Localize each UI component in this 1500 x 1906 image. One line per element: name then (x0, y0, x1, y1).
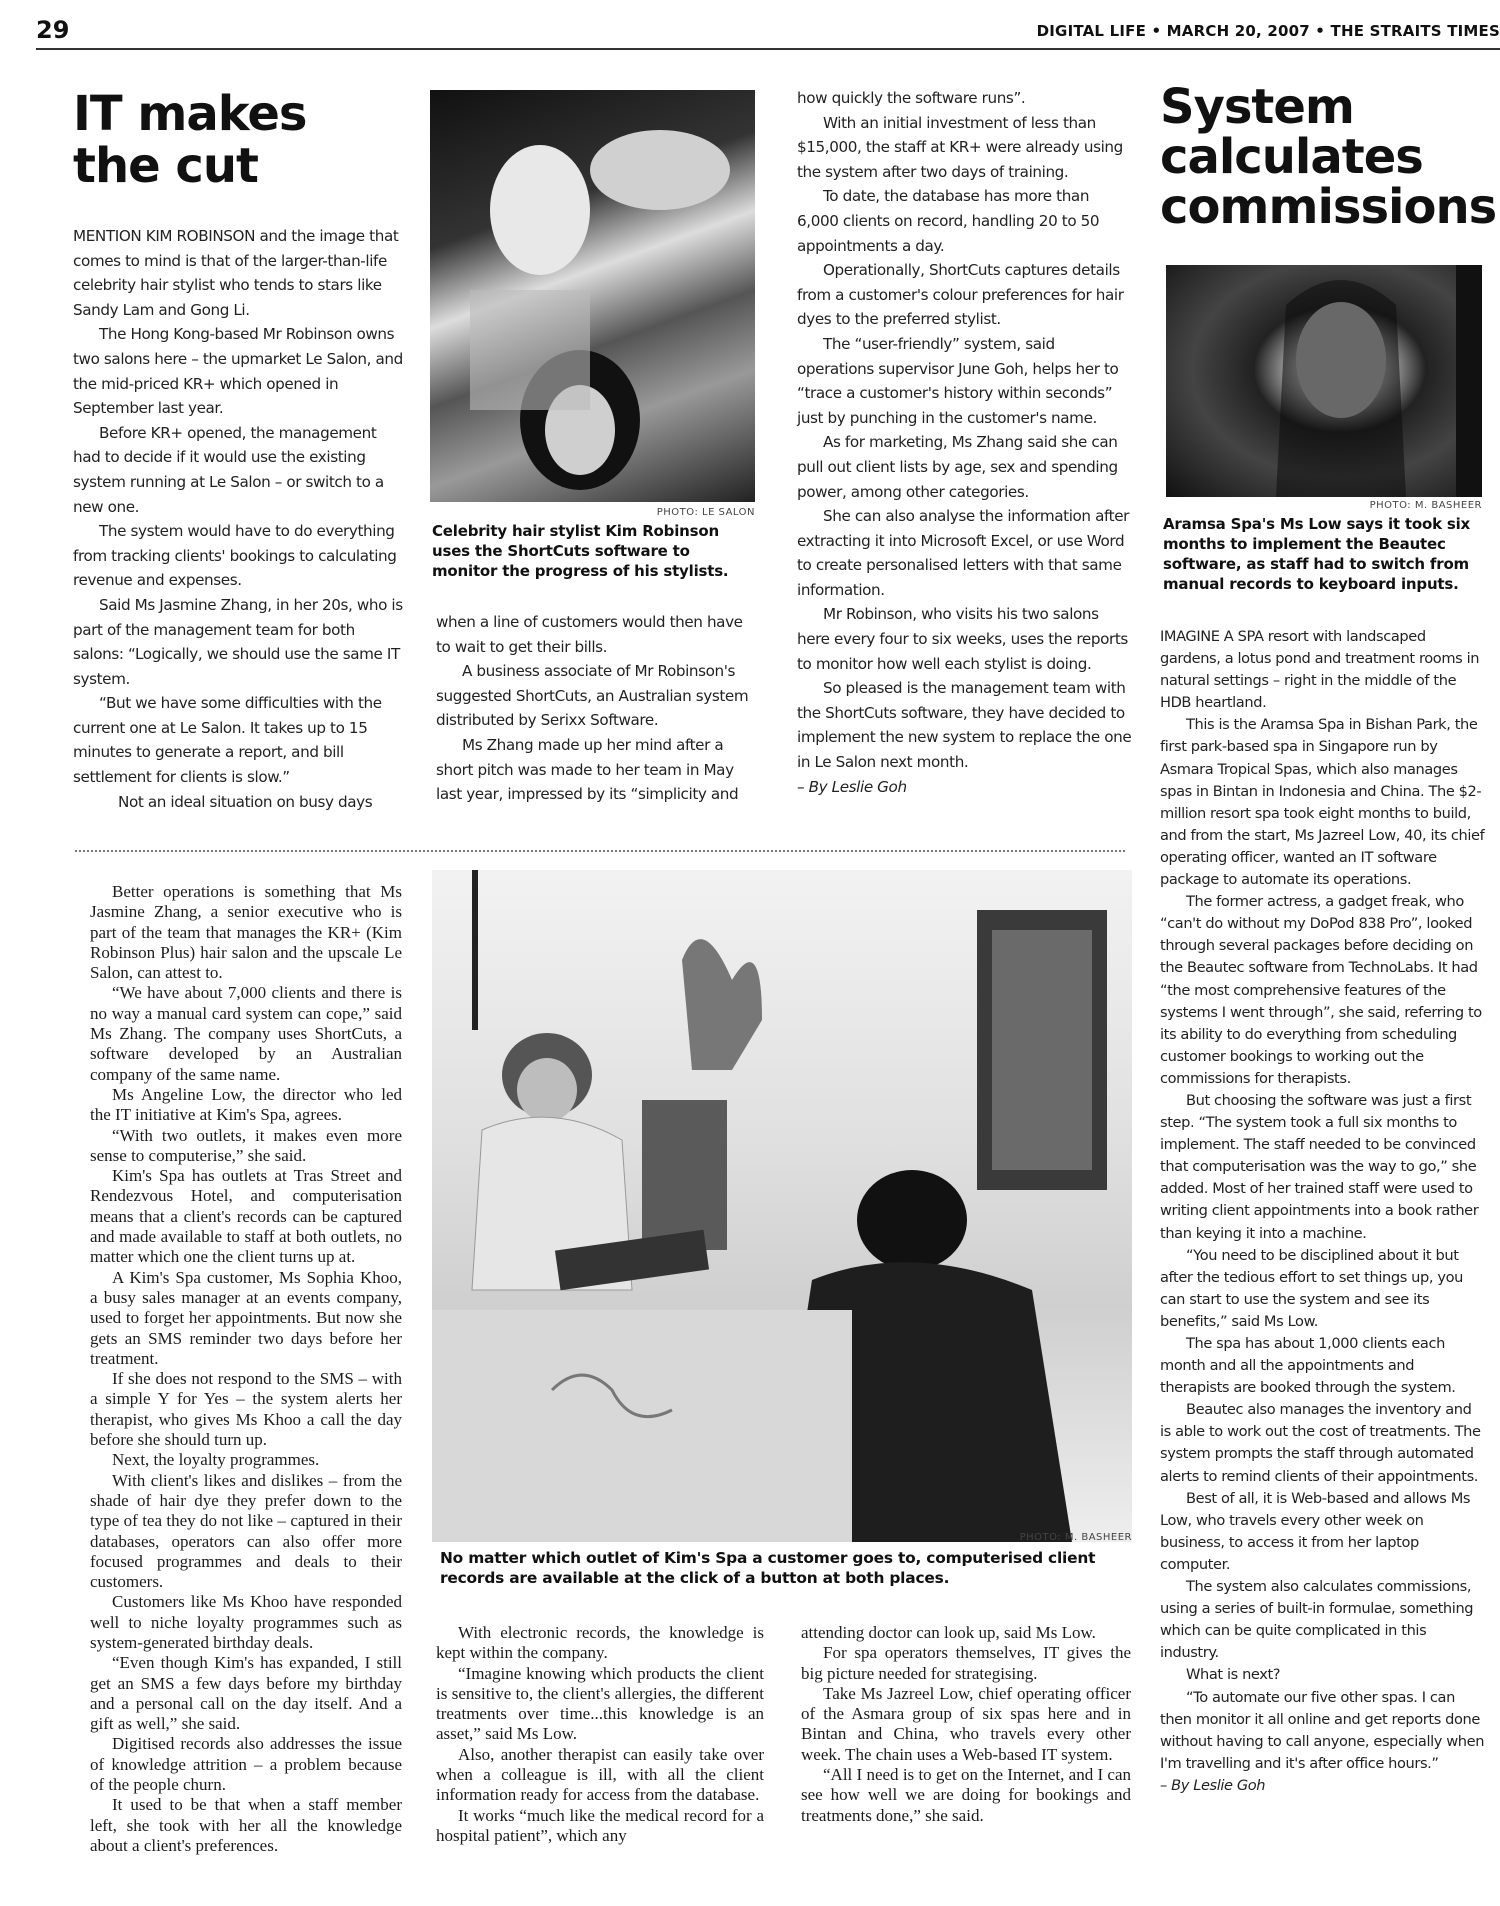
photo-credit: PHOTO: M. BASHEER (432, 1532, 1132, 1543)
story2-paragraph: Beautec also manages the inventory and i… (1160, 1399, 1485, 1487)
story3-paragraph: Better operations is something that Ms J… (90, 882, 402, 983)
photo-illustration-icon (430, 90, 755, 502)
story3-paragraph: “With two outlets, it makes even more se… (90, 1126, 402, 1167)
story3-paragraph: “All I need is to get on the Internet, a… (801, 1765, 1131, 1826)
story3-paragraph: It used to be that when a staff mem­ber … (90, 1795, 402, 1856)
story3-paragraph: With electronic records, the knowl­edge … (436, 1623, 764, 1664)
story1-paragraph: The “user-friendly” system, said operati… (797, 332, 1132, 430)
story2-body: IMAGINE A SPA resort with landscaped gar… (1160, 626, 1485, 1797)
story1-paragraph: Mr Robinson, who visits his two salons h… (797, 602, 1132, 676)
story3-paragraph: For spa operators themselves, IT gives t… (801, 1643, 1131, 1684)
story1-paragraph: So pleased is the management team with t… (797, 676, 1132, 774)
section-divider (75, 850, 1125, 852)
story1-paragraph: Said Ms Jasmine Zhang, in her 20s, who i… (73, 593, 403, 691)
photo-ms-low (1166, 265, 1482, 497)
story1-paragraph: To date, the database has more than 6,00… (797, 184, 1132, 258)
story1-paragraph: Ms Zhang made up her mind after a short … (436, 733, 758, 807)
story2-paragraph: Best of all, it is Web-based and allows … (1160, 1488, 1485, 1576)
story2-paragraph: But choosing the software was just a fir… (1160, 1090, 1485, 1245)
story2-byline: – By Leslie Goh (1160, 1775, 1485, 1797)
story1-paragraph: when a line of customers would then have… (436, 610, 758, 659)
story1-paragraph: Operationally, ShortCuts captures detail… (797, 258, 1132, 332)
story1-lead-paragraph: MENTION KIM ROBINSON and the image that … (73, 224, 403, 322)
story1-paragraph: “But we have some difficulties with the … (73, 691, 403, 789)
page-number: 29 (36, 16, 69, 44)
story1-paragraph: Not an ideal situation on busy days (73, 790, 403, 815)
story1-byline: – By Leslie Goh (797, 775, 1132, 800)
story2-paragraph: The spa has about 1,000 clients each mon… (1160, 1333, 1485, 1399)
story2-paragraph: “You need to be disciplined about it but… (1160, 1245, 1485, 1333)
story3-paragraph: “Even though Kim's has expanded, I still… (90, 1653, 402, 1734)
photo-caption: Celebrity hair stylist Kim Robinson uses… (432, 521, 752, 581)
story2-paragraph: What is next? (1160, 1664, 1485, 1686)
header-rule (36, 48, 1500, 50)
photo-credit: PHOTO: LE SALON (430, 507, 755, 518)
story1-paragraph: As for marketing, Ms Zhang said she can … (797, 430, 1132, 504)
story2-paragraph: “To automate our five other spas. I can … (1160, 1687, 1485, 1775)
story3-paragraph: Customers like Ms Khoo have re­sponded w… (90, 1592, 402, 1653)
photo-kim-robinson (430, 90, 755, 502)
story1-paragraph: Before KR+ opened, the management had to… (73, 421, 403, 519)
story1-column-2: when a line of customers would then have… (436, 610, 758, 807)
story2-headline: System calculates commissions (1160, 82, 1490, 232)
story2-paragraph: The former actress, a gadget freak, who … (1160, 891, 1485, 1090)
page-folio: DIGITAL LIFE • MARCH 20, 2007 • THE STRA… (1037, 22, 1500, 40)
story3-paragraph: “Imagine knowing which products the clie… (436, 1664, 764, 1745)
story1-paragraph: A business associate of Mr Robinson's su… (436, 659, 758, 733)
story2-paragraph: The system also calculates commissions, … (1160, 1576, 1485, 1664)
photo-illustration-icon (1166, 265, 1482, 497)
story1-paragraph: She can also analyse the information aft… (797, 504, 1132, 602)
story3-column-2: With electronic records, the knowl­edge … (436, 1623, 764, 1846)
story1-column-3: how quickly the software runs”. With an … (797, 86, 1132, 799)
story3-paragraph: It works “much like the medical record f… (436, 1806, 764, 1847)
story1-paragraph: how quickly the software runs”. (797, 86, 1132, 111)
photo-illustration-icon (432, 870, 1132, 1542)
story3-paragraph: A Kim's Spa customer, Ms Sophia Khoo, a … (90, 1268, 402, 1369)
story3-paragraph: attending doctor can look up, said Ms Lo… (801, 1623, 1131, 1643)
story3-paragraph: With client's likes and dislikes – from … (90, 1471, 402, 1593)
story1-column-1: MENTION KIM ROBINSON and the image that … (73, 224, 403, 814)
photo-credit: PHOTO: M. BASHEER (1166, 500, 1482, 511)
photo-kims-spa (432, 870, 1132, 1542)
story3-column-1: Better operations is something that Ms J… (90, 882, 402, 1856)
story1-paragraph: With an initial investment of less than … (797, 111, 1132, 185)
story3-paragraph: Also, another therapist can easily take … (436, 1745, 764, 1806)
story3-paragraph: Kim's Spa has outlets at Tras Street and… (90, 1166, 402, 1267)
story1-headline: IT makes the cut (73, 88, 393, 192)
story3-paragraph: Take Ms Jazreel Low, chief operating off… (801, 1684, 1131, 1765)
story3-column-3: attending doctor can look up, said Ms Lo… (801, 1623, 1131, 1826)
story1-paragraph: The system would have to do everything f… (73, 519, 403, 593)
story2-paragraph: This is the Aramsa Spa in Bishan Park, t… (1160, 714, 1485, 891)
photo-caption: No matter which outlet of Kim's Spa a cu… (440, 1548, 1130, 1588)
story3-paragraph: If she does not respond to the SMS – wit… (90, 1369, 402, 1450)
story3-paragraph: Digitised records also addresses the is­… (90, 1734, 402, 1795)
story3-paragraph: “We have about 7,000 clients and there i… (90, 983, 402, 1084)
photo-caption: Aramsa Spa's Ms Low says it took six mon… (1163, 514, 1483, 594)
story3-paragraph: Ms Angeline Low, the director who led th… (90, 1085, 402, 1126)
story3-paragraph: Next, the loyalty programmes. (90, 1450, 402, 1470)
story1-paragraph: The Hong Kong-based Mr Robinson owns two… (73, 322, 403, 420)
story2-lead-paragraph: IMAGINE A SPA resort with landscaped gar… (1160, 626, 1485, 714)
